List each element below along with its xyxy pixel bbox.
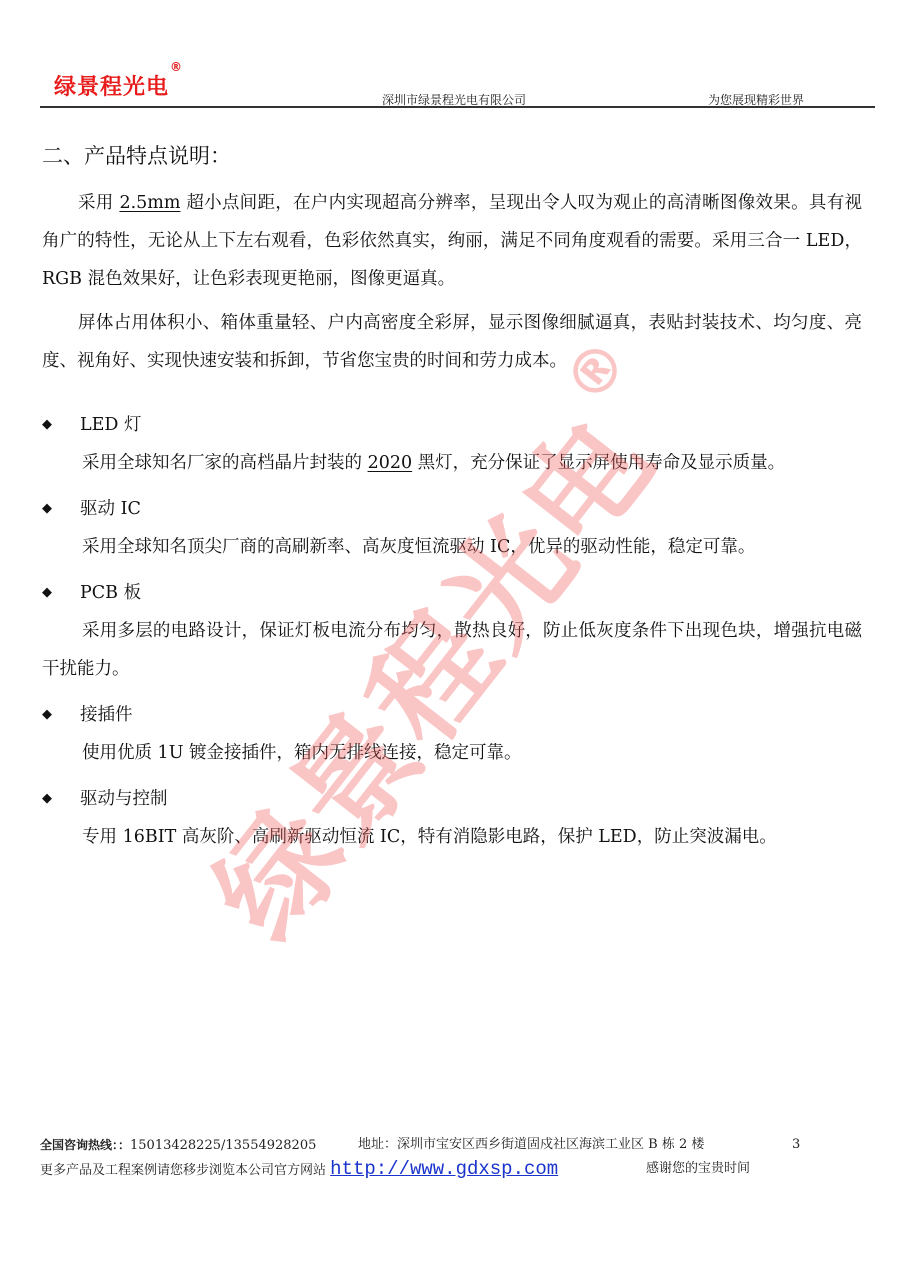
feature-text-driver-ic: 采用全球知名顶尖厂商的高刷新率、高灰度恒流驱动 IC，优异的驱动性能，稳定可靠。 — [42, 528, 862, 566]
led-model: 2020 — [368, 453, 413, 473]
registered-mark-icon: ® — [170, 60, 183, 74]
website-link[interactable]: http://www.gdxsp.com — [330, 1158, 558, 1180]
text-run: 黑灯，充分保证了显示屏使用寿命及显示质量。 — [412, 453, 785, 473]
feature-title: 接插件 — [80, 696, 133, 734]
page-footer: 全国咨询热线：：15013428225/13554928205 地址：深圳市宝安… — [40, 1133, 870, 1181]
feature-title: PCB 板 — [80, 574, 141, 612]
feature-text-connector: 使用优质 1U 镀金接插件，箱内无排线连接，稳定可靠。 — [42, 734, 862, 772]
feature-heading-driver-ic: ◆ 驱动 IC — [42, 490, 862, 528]
logo-text: 绿景程光电 — [54, 75, 169, 100]
page-header: 绿景程光电® 深圳市绿景程光电有限公司 为您展现精彩世界 — [40, 58, 875, 108]
diamond-bullet-icon: ◆ — [42, 490, 80, 528]
header-divider — [40, 106, 875, 108]
feature-text-pcb: 采用多层的电路设计，保证灯板电流分布均匀，散热良好，防止低灰度条件下出现色块，增… — [42, 612, 862, 688]
feature-heading-drive-control: ◆ 驱动与控制 — [42, 780, 862, 818]
diamond-bullet-icon: ◆ — [42, 406, 80, 444]
text-run: 采用 — [78, 193, 119, 213]
feature-text-led: 采用全球知名厂家的高档晶片封装的 2020 黑灯，充分保证了显示屏使用寿命及显示… — [42, 444, 862, 482]
diamond-bullet-icon: ◆ — [42, 780, 80, 818]
hotline-label: 全国咨询热线：： — [40, 1138, 130, 1152]
footer-website-line: 更多产品及工程案例请您移步浏览本公司官方网站 http://www.gdxsp.… — [40, 1157, 870, 1181]
page-number: 3 — [792, 1133, 800, 1157]
text-run: 采用全球知名厂家的高档晶片封装的 — [82, 453, 368, 473]
feature-text-drive-control: 专用 16BIT 高灰阶、高刷新驱动恒流 IC，特有消隐影电路，保护 LED，防… — [42, 818, 862, 856]
footer-contact-line: 全国咨询热线：：15013428225/13554928205 地址：深圳市宝安… — [40, 1133, 870, 1157]
diamond-bullet-icon: ◆ — [42, 574, 80, 612]
hotline-numbers: 15013428225/13554928205 — [130, 1138, 316, 1153]
footer-thanks: 感谢您的宝贵时间 — [646, 1157, 750, 1181]
feature-title: LED 灯 — [80, 406, 142, 444]
document-body: 二、产品特点说明： 采用 2.5mm 超小点间距，在户内实现超高分辨率，呈现出令… — [42, 140, 862, 856]
feature-title: 驱动 IC — [80, 490, 141, 528]
intro-paragraph-2: 屏体占用体积小、箱体重量轻、户内高密度全彩屏，显示图像细腻逼真，表贴封装技术、均… — [42, 304, 862, 380]
intro-paragraph-1: 采用 2.5mm 超小点间距，在户内实现超高分辨率，呈现出令人叹为观止的高清晰图… — [42, 184, 862, 298]
feature-heading-connector: ◆ 接插件 — [42, 696, 862, 734]
pitch-value: 2.5mm — [119, 193, 180, 213]
footer-more-text: 更多产品及工程案例请您移步浏览本公司官方网站 — [40, 1163, 326, 1178]
company-logo: 绿景程光电® — [54, 70, 169, 101]
feature-heading-pcb: ◆ PCB 板 — [42, 574, 862, 612]
feature-heading-led: ◆ LED 灯 — [42, 406, 862, 444]
section-title: 二、产品特点说明： — [42, 140, 862, 170]
diamond-bullet-icon: ◆ — [42, 696, 80, 734]
footer-address: 地址：深圳市宝安区西乡街道固戍社区海滨工业区 B 栋 2 楼 — [358, 1133, 704, 1157]
feature-title: 驱动与控制 — [80, 780, 168, 818]
